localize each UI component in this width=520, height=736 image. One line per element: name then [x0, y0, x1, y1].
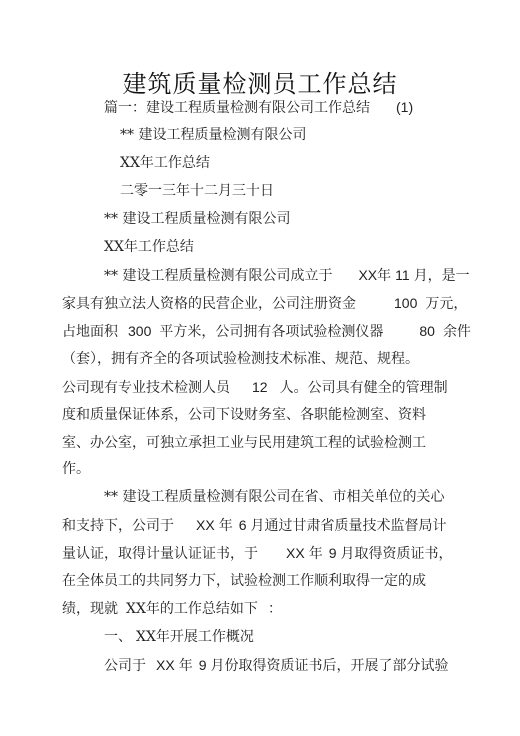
- text: 月通过甘肃省质量技术监督局计: [250, 518, 446, 534]
- header-summary: XX年工作总结: [120, 154, 210, 172]
- text: 万元，: [425, 296, 467, 312]
- text: 100: [394, 295, 417, 311]
- para1-line8: 作。: [62, 460, 90, 478]
- header-date: 二零一三年十二月三十日: [120, 182, 274, 200]
- text: 占地面积: [62, 324, 118, 340]
- text: XX: [196, 517, 215, 533]
- text: 绩，现就: [62, 601, 118, 617]
- document-title: 建筑质量检测员工作总结: [0, 64, 520, 99]
- header-summary-repeat: XX年工作总结: [104, 238, 194, 256]
- text: 家具有独立法人资格的民营企业，公司注册资金: [62, 296, 356, 312]
- text: 年: [179, 658, 193, 674]
- text: 和支持下，公司于: [62, 518, 174, 534]
- text: 6: [239, 517, 247, 533]
- header-company: ** 建设工程质量检测有限公司: [120, 126, 306, 144]
- section1-heading: 一、XX年开展工作概况: [104, 628, 254, 646]
- text: 11: [395, 267, 410, 283]
- text: 公司于: [104, 658, 146, 674]
- para2-line3: 量认证，取得计量认证证书，于XX年9月取得资质证书，: [62, 544, 452, 563]
- text: 公司现有专业技术检测人员: [62, 380, 230, 396]
- para1-line4: （套），拥有齐全的各项试验检测技术标准、规范、规程。: [62, 350, 419, 368]
- para1-line1: ** 建设工程质量检测有限公司成立于XX年11月，是一: [104, 266, 470, 285]
- subtitle-line: 篇一：建设工程质量检测有限公司工作总结(1): [104, 98, 413, 117]
- text: 量认证，取得计量认证证书，于: [62, 546, 258, 562]
- text: 9: [199, 657, 207, 673]
- text: 300: [128, 323, 151, 339]
- para2-line1: ** 建设工程质量检测有限公司在省、市相关单位的关心: [104, 488, 444, 506]
- para2-line4: 在全体员工的共同努力下，试验检测工作顺利取得一定的成: [62, 572, 426, 590]
- text: XX年开展工作概况: [136, 629, 254, 645]
- para1-line5: 公司现有专业技术检测人员12人。公司具有健全的管理制: [62, 378, 448, 397]
- text: XX年的工作总结如下: [126, 601, 258, 617]
- text: ** 建设工程质量检测有限公司成立于: [104, 268, 332, 284]
- para2-line2: 和支持下，公司于XX年6月通过甘肃省质量技术监督局计: [62, 516, 446, 535]
- subtitle-number: (1): [396, 99, 413, 115]
- text: 80: [419, 323, 435, 339]
- text: 余件: [443, 324, 471, 340]
- para1-line2: 家具有独立法人资格的民营企业，公司注册资金100万元，: [62, 294, 467, 313]
- header-company-repeat: ** 建设工程质量检测有限公司: [104, 210, 290, 228]
- text: 12: [252, 379, 268, 395]
- text: 月，是一: [414, 268, 470, 284]
- text: 9: [329, 545, 337, 561]
- text: 年: [219, 518, 233, 534]
- subtitle-text: 篇一：建设工程质量检测有限公司工作总结: [104, 100, 370, 116]
- text: XX: [156, 657, 175, 673]
- text: 年: [309, 546, 323, 562]
- para2-line5: 绩，现就XX年的工作总结如下：: [62, 600, 282, 618]
- text: 月取得资质证书，: [340, 546, 452, 562]
- para1-line3: 占地面积300平方米，公司拥有各项试验检测仪器80余件: [62, 322, 471, 341]
- text: XX: [286, 545, 305, 561]
- para1-line6: 度和质量保证体系，公司下设财务室、各职能检测室、资料: [62, 406, 426, 424]
- text: 人。公司具有健全的管理制: [280, 380, 448, 396]
- text: 平方米，公司拥有各项试验检测仪器: [159, 324, 383, 340]
- section1-line1: 公司于XX年9月份取得资质证书后，开展了部分试验: [104, 656, 448, 675]
- document-page: 建筑质量检测员工作总结 篇一：建设工程质量检测有限公司工作总结(1) ** 建设…: [0, 0, 520, 736]
- text: XX年: [358, 267, 391, 283]
- text: 一、: [104, 629, 132, 645]
- para1-line7: 室、办公室，可独立承担工业与民用建筑工程的试验检测工: [62, 434, 426, 452]
- text: 月份取得资质证书后，开展了部分试验: [210, 658, 448, 674]
- text: ：: [268, 601, 282, 617]
